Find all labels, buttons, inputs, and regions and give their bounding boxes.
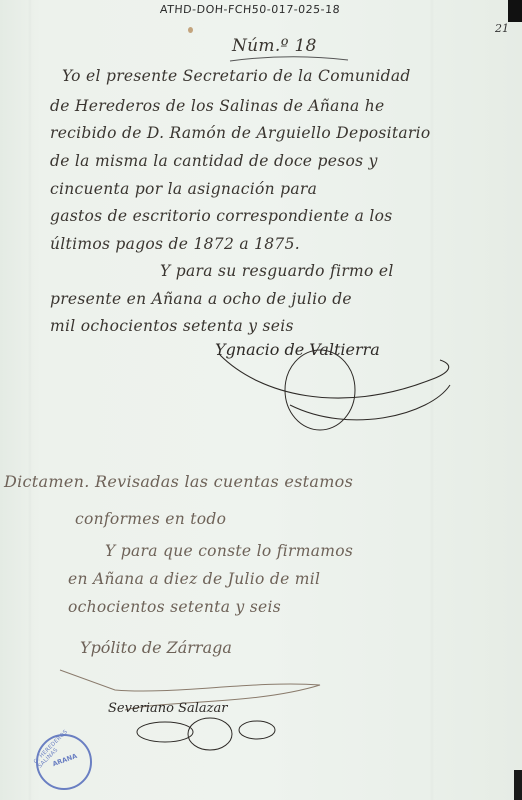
dictamen-line: ochocientos setenta y seis (68, 598, 281, 616)
body-line: de Herederos de los Salinas de Añana he (50, 97, 385, 115)
signature-flourish (200, 335, 460, 435)
archive-stamp: C. HEREDEROS SALINAS ARANA (36, 734, 92, 790)
body-line: de la misma la cantidad de doce pesos y (50, 152, 378, 170)
body-line: Y para su resguardo firmo el (160, 262, 394, 280)
ink-stain (188, 27, 193, 33)
body-line: presente en Añana a ocho de julio de (50, 290, 352, 308)
signature-flourish (135, 718, 285, 758)
signature-salazar: Severiano Salazar (108, 701, 227, 716)
document-number-heading: Núm.º 18 (232, 36, 317, 56)
body-line: Yo el presente Secretario de la Comunida… (62, 67, 411, 85)
scan-border (514, 770, 522, 800)
body-line: mil ochocientos setenta y seis (50, 317, 294, 335)
dictamen-line: conformes en todo (75, 510, 226, 528)
dictamen-line: Dictamen. Revisadas las cuentas estamos (4, 472, 353, 491)
scan-border (508, 0, 522, 22)
archive-code: ATHD-DOH-FCH50-017-025-18 (160, 3, 341, 16)
body-line: últimos pagos de 1872 a 1875. (50, 235, 300, 253)
document-page: ATHD-DOH-FCH50-017-025-18 21 Núm.º 18 Yo… (0, 0, 522, 800)
dictamen-line: en Añana a diez de Julio de mil (68, 570, 320, 588)
body-line: gastos de escritorio correspondiente a l… (50, 207, 393, 225)
body-line: recibido de D. Ramón de Arguiello Deposi… (50, 124, 431, 142)
heading-underline-flourish (230, 55, 350, 65)
body-line: cincuenta por la asignación para (50, 180, 317, 198)
signature-zarraga: Ypólito de Zárraga (80, 638, 232, 657)
dictamen-line: Y para que conste lo firmamos (105, 542, 353, 560)
folio-number: 21 (495, 22, 509, 35)
